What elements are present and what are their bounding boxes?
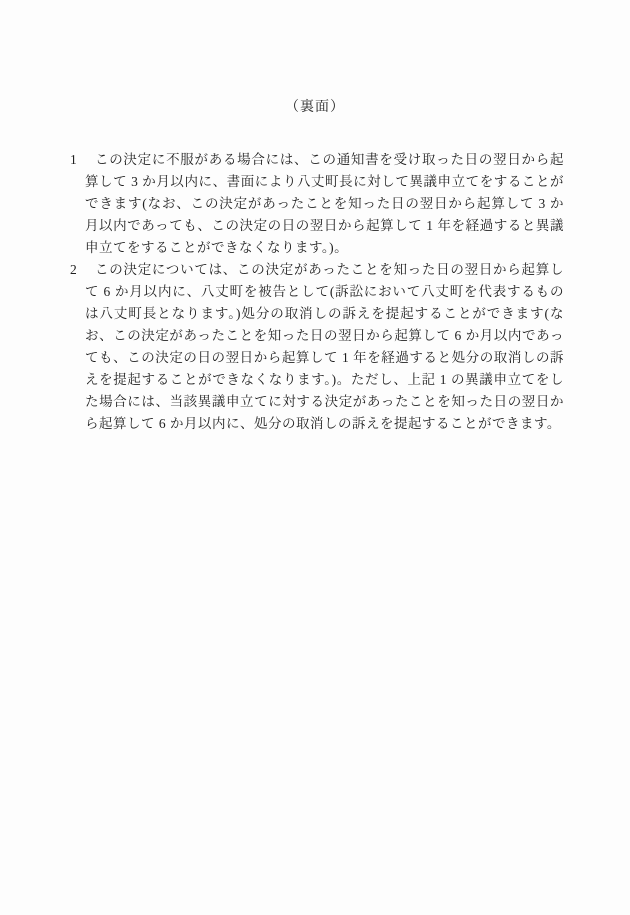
page-title: （裏面） xyxy=(0,98,630,118)
clause-1: 1 この決定に不服がある場合には、この通知書を受け取った日の翌日から起算して 3… xyxy=(70,149,564,259)
clause-2: 2 この決定については、この決定があったことを知った日の翌日から起算して 6 か… xyxy=(70,259,564,435)
clause-1-number: 1 xyxy=(70,149,77,171)
clause-1-text: この決定に不服がある場合には、この通知書を受け取った日の翌日から起算して 3 か… xyxy=(85,152,564,255)
clause-2-number: 2 xyxy=(70,259,77,281)
clause-2-text: この決定については、この決定があったことを知った日の翌日から起算して 6 か月以… xyxy=(85,262,564,431)
document-page: （裏面） 1 この決定に不服がある場合には、この通知書を受け取った日の翌日から起… xyxy=(0,0,630,915)
document-body: 1 この決定に不服がある場合には、この通知書を受け取った日の翌日から起算して 3… xyxy=(70,149,564,435)
